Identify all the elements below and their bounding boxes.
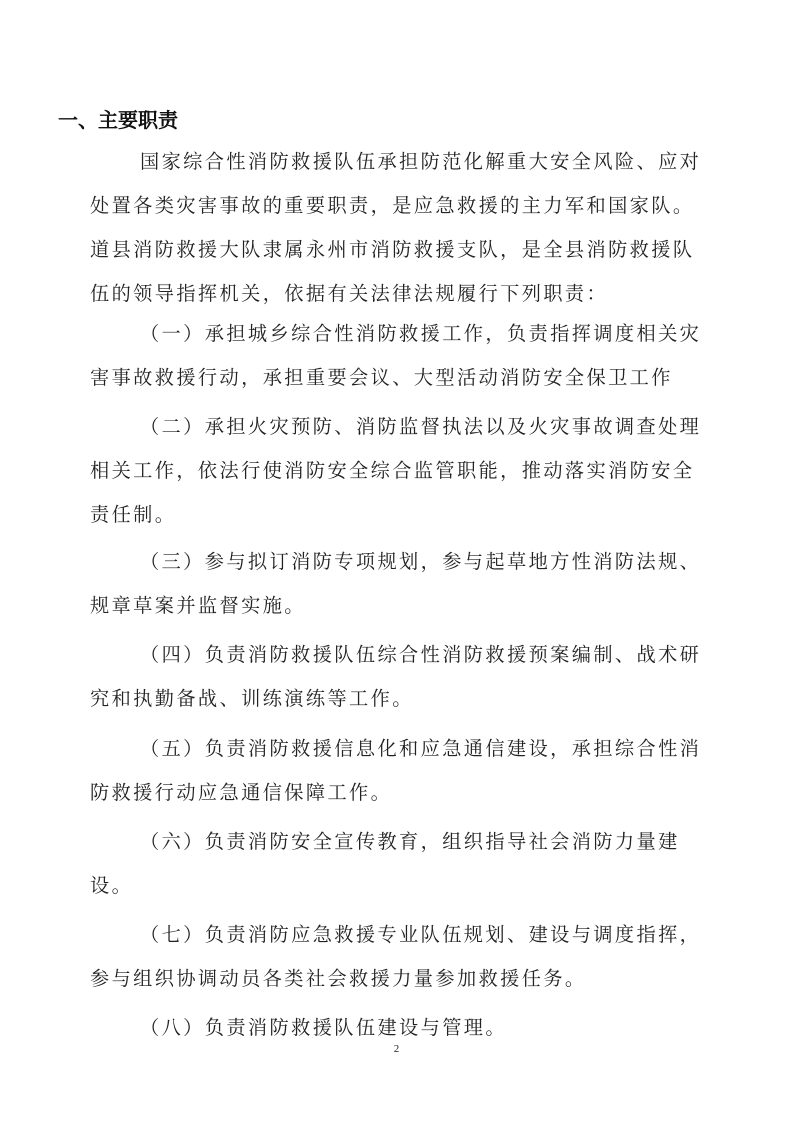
text-line: 防救援行动应急通信保障工作。 <box>90 771 696 815</box>
text-line: 相关工作，依法行使消防安全综合监管职能，推动落实消防安全 <box>90 449 696 493</box>
duty-item-1: （一）承担城乡综合性消防救援工作，负责指挥调度相关灾 害事故救援行动，承担重要会… <box>90 312 696 400</box>
text-line: （一）承担城乡综合性消防救援工作，负责指挥调度相关灾 <box>90 312 696 356</box>
duty-item-3: （三）参与拟订消防专项规划，参与起草地方性消防法规、 规章草案并监督实施。 <box>90 540 696 628</box>
intro-paragraph: 国家综合性消防救援队伍承担防范化解重大安全风险、应对 处置各类灾害事故的重要职责… <box>90 140 696 316</box>
text-line: 设。 <box>90 864 696 908</box>
document-page: 一、主要职责 国家综合性消防救援队伍承担防范化解重大安全风险、应对 处置各类灾害… <box>0 0 793 1122</box>
text-line: 害事故救援行动，承担重要会议、大型活动消防安全保卫工作 <box>90 356 696 400</box>
text-line: （六）负责消防安全宣传教育，组织指导社会消防力量建 <box>90 820 696 864</box>
duty-item-2: （二）承担火灾预防、消防监督执法以及火灾事故调查处理 相关工作，依法行使消防安全… <box>90 405 696 537</box>
text-line: 责任制。 <box>90 493 696 537</box>
text-line: （四）负责消防救援队伍综合性消防救援预案编制、战术研 <box>90 633 696 677</box>
text-line: 参与组织协调动员各类社会救援力量参加救援任务。 <box>90 957 696 1001</box>
duty-item-6: （六）负责消防安全宣传教育，组织指导社会消防力量建 设。 <box>90 820 696 908</box>
duty-item-7: （七）负责消防应急救援专业队伍规划、建设与调度指挥， 参与组织协调动员各类社会救… <box>90 913 696 1001</box>
section-heading: 一、主要职责 <box>58 104 178 133</box>
text-line: （二）承担火灾预防、消防监督执法以及火灾事故调查处理 <box>90 405 696 449</box>
text-line: 处置各类灾害事故的重要职责，是应急救援的主力军和国家队。 <box>90 184 696 228</box>
text-line: （三）参与拟订消防专项规划，参与起草地方性消防法规、 <box>90 540 696 584</box>
text-line: （五）负责消防救援信息化和应急通信建设，承担综合性消 <box>90 727 696 771</box>
duty-item-5: （五）负责消防救援信息化和应急通信建设，承担综合性消 防救援行动应急通信保障工作… <box>90 727 696 815</box>
text-line: 究和执勤备战、训练演练等工作。 <box>90 677 696 721</box>
text-line: 国家综合性消防救援队伍承担防范化解重大安全风险、应对 <box>90 140 696 184</box>
page-number: 2 <box>0 1043 793 1055</box>
text-line: 伍的领导指挥机关，依据有关法律法规履行下列职责： <box>90 272 696 316</box>
text-line: （七）负责消防应急救援专业队伍规划、建设与调度指挥， <box>90 913 696 957</box>
duty-item-4: （四）负责消防救援队伍综合性消防救援预案编制、战术研 究和执勤备战、训练演练等工… <box>90 633 696 721</box>
text-line: 道县消防救援大队隶属永州市消防救援支队，是全县消防救援队 <box>90 228 696 272</box>
text-line: 规章草案并监督实施。 <box>90 584 696 628</box>
